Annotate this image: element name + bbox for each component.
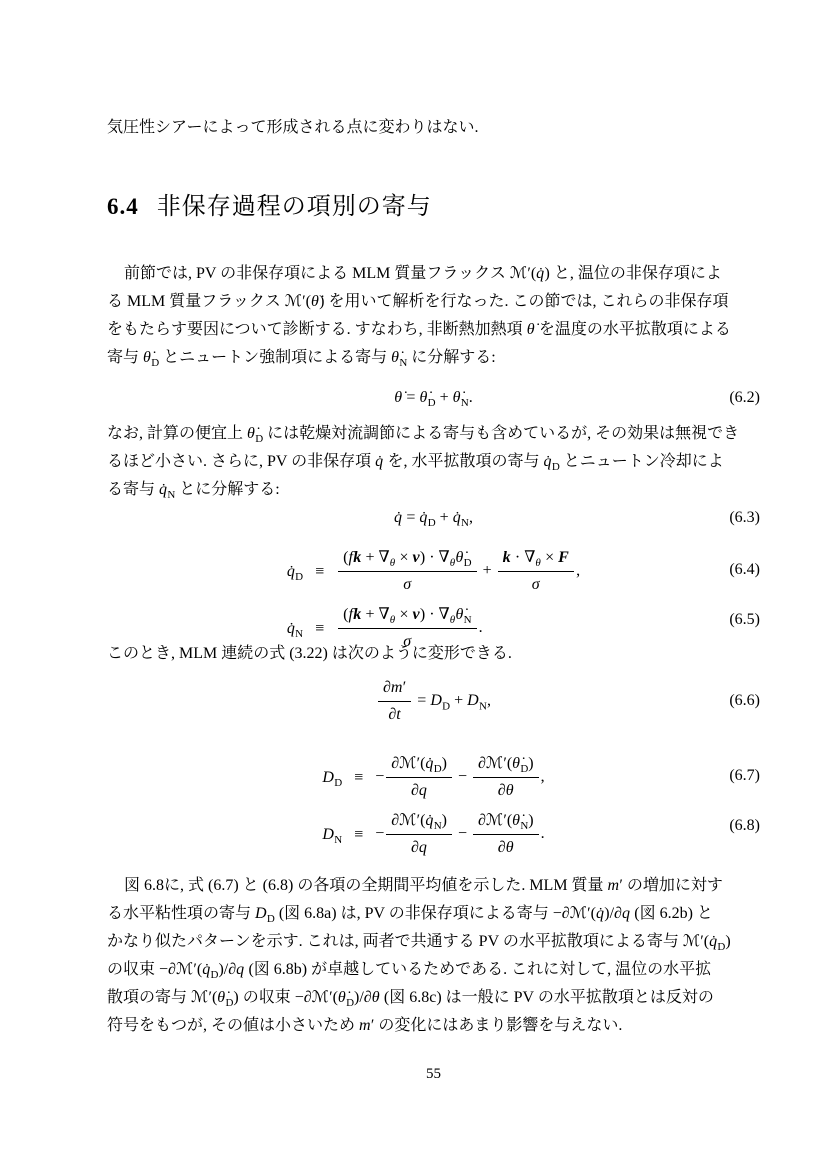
equation-number: (6.4) [729,560,760,580]
equation-lhs: DN [322,826,342,844]
equation-relation: ≡ [354,826,363,844]
intro-paragraph: 気圧性シアーによって形成される点に変わりはない. [107,114,760,142]
paragraph-2: なお, 計算の便宜上 θ̇D には乾燥対流調節による寄与も含めているが, その効… [107,420,760,504]
paragraph-4: 図 6.8に, 式 (6.7) と (6.8) の各項の全期間平均値を示した. … [107,872,760,1040]
equation-body: q̇ = q̇D + q̇N, [394,509,473,527]
paragraph-3: このとき, MLM 連続の式 (3.22) は次のように変形できる. [107,640,760,668]
equation-lhs: q̇D [287,563,303,581]
equation-number: (6.3) [729,508,760,528]
equation-relation: ≡ [315,563,324,581]
equation-rhs: −∂ℳ′(q̇D)∂q − ∂ℳ′(θ̇D)∂θ, [375,752,544,803]
equation-number: (6.8) [729,816,760,836]
equation-number: (6.7) [729,766,760,786]
aligned-equations: q̇D ≡ (fk + ∇θ × v) · ∇θθ̇Dσ + k · ∇θ × … [107,546,760,654]
equation-rhs: −∂ℳ′(q̇N)∂q − ∂ℳ′(θ̇N)∂θ. [375,809,544,860]
equation-number: (6.6) [729,691,760,711]
page-number: 55 [107,1066,760,1083]
equation-group-6-7-6-8: DD ≡ −∂ℳ′(q̇D)∂q − ∂ℳ′(θ̇D)∂θ, DN ≡ −∂ℳ′… [107,752,760,860]
equation-group-6-4-6-5: q̇D ≡ (fk + ∇θ × v) · ∇θθ̇Dσ + k · ∇θ × … [107,546,760,654]
equation-relation: ≡ [315,620,324,638]
equation-6-2: θ̇ = θ̇D + θ̇N. (6.2) [107,382,760,414]
section-title: 非保存過程の項別の寄与 [157,193,432,220]
section-heading: 6.4非保存過程の項別の寄与 [107,186,432,221]
equation-body: ∂m′∂t = DD + DN, [376,676,491,727]
equation-lhs: DD [322,769,342,787]
equation-lhs: q̇N [287,620,303,638]
equation-body: θ̇ = θ̇D + θ̇N. [394,389,472,407]
equation-rhs: (fk + ∇θ × v) · ∇θθ̇Dσ + k · ∇θ × Fσ, [336,546,580,597]
equation-6-6: ∂m′∂t = DD + DN, (6.6) [107,676,760,726]
section-number: 6.4 [107,194,139,219]
equation-6-3: q̇ = q̇D + q̇N, (6.3) [107,502,760,534]
paragraph-1: 前節では, PV の非保存項による MLM 質量フラックス ℳ′(q̇) と, … [107,260,760,372]
equation-number: (6.2) [729,388,760,408]
equation-relation: ≡ [354,769,363,787]
aligned-equations: DD ≡ −∂ℳ′(q̇D)∂q − ∂ℳ′(θ̇D)∂θ, DN ≡ −∂ℳ′… [107,752,760,860]
equation-number: (6.5) [729,610,760,630]
document-page: 気圧性シアーによって形成される点に変わりはない. 6.4非保存過程の項別の寄与 … [0,0,826,1169]
